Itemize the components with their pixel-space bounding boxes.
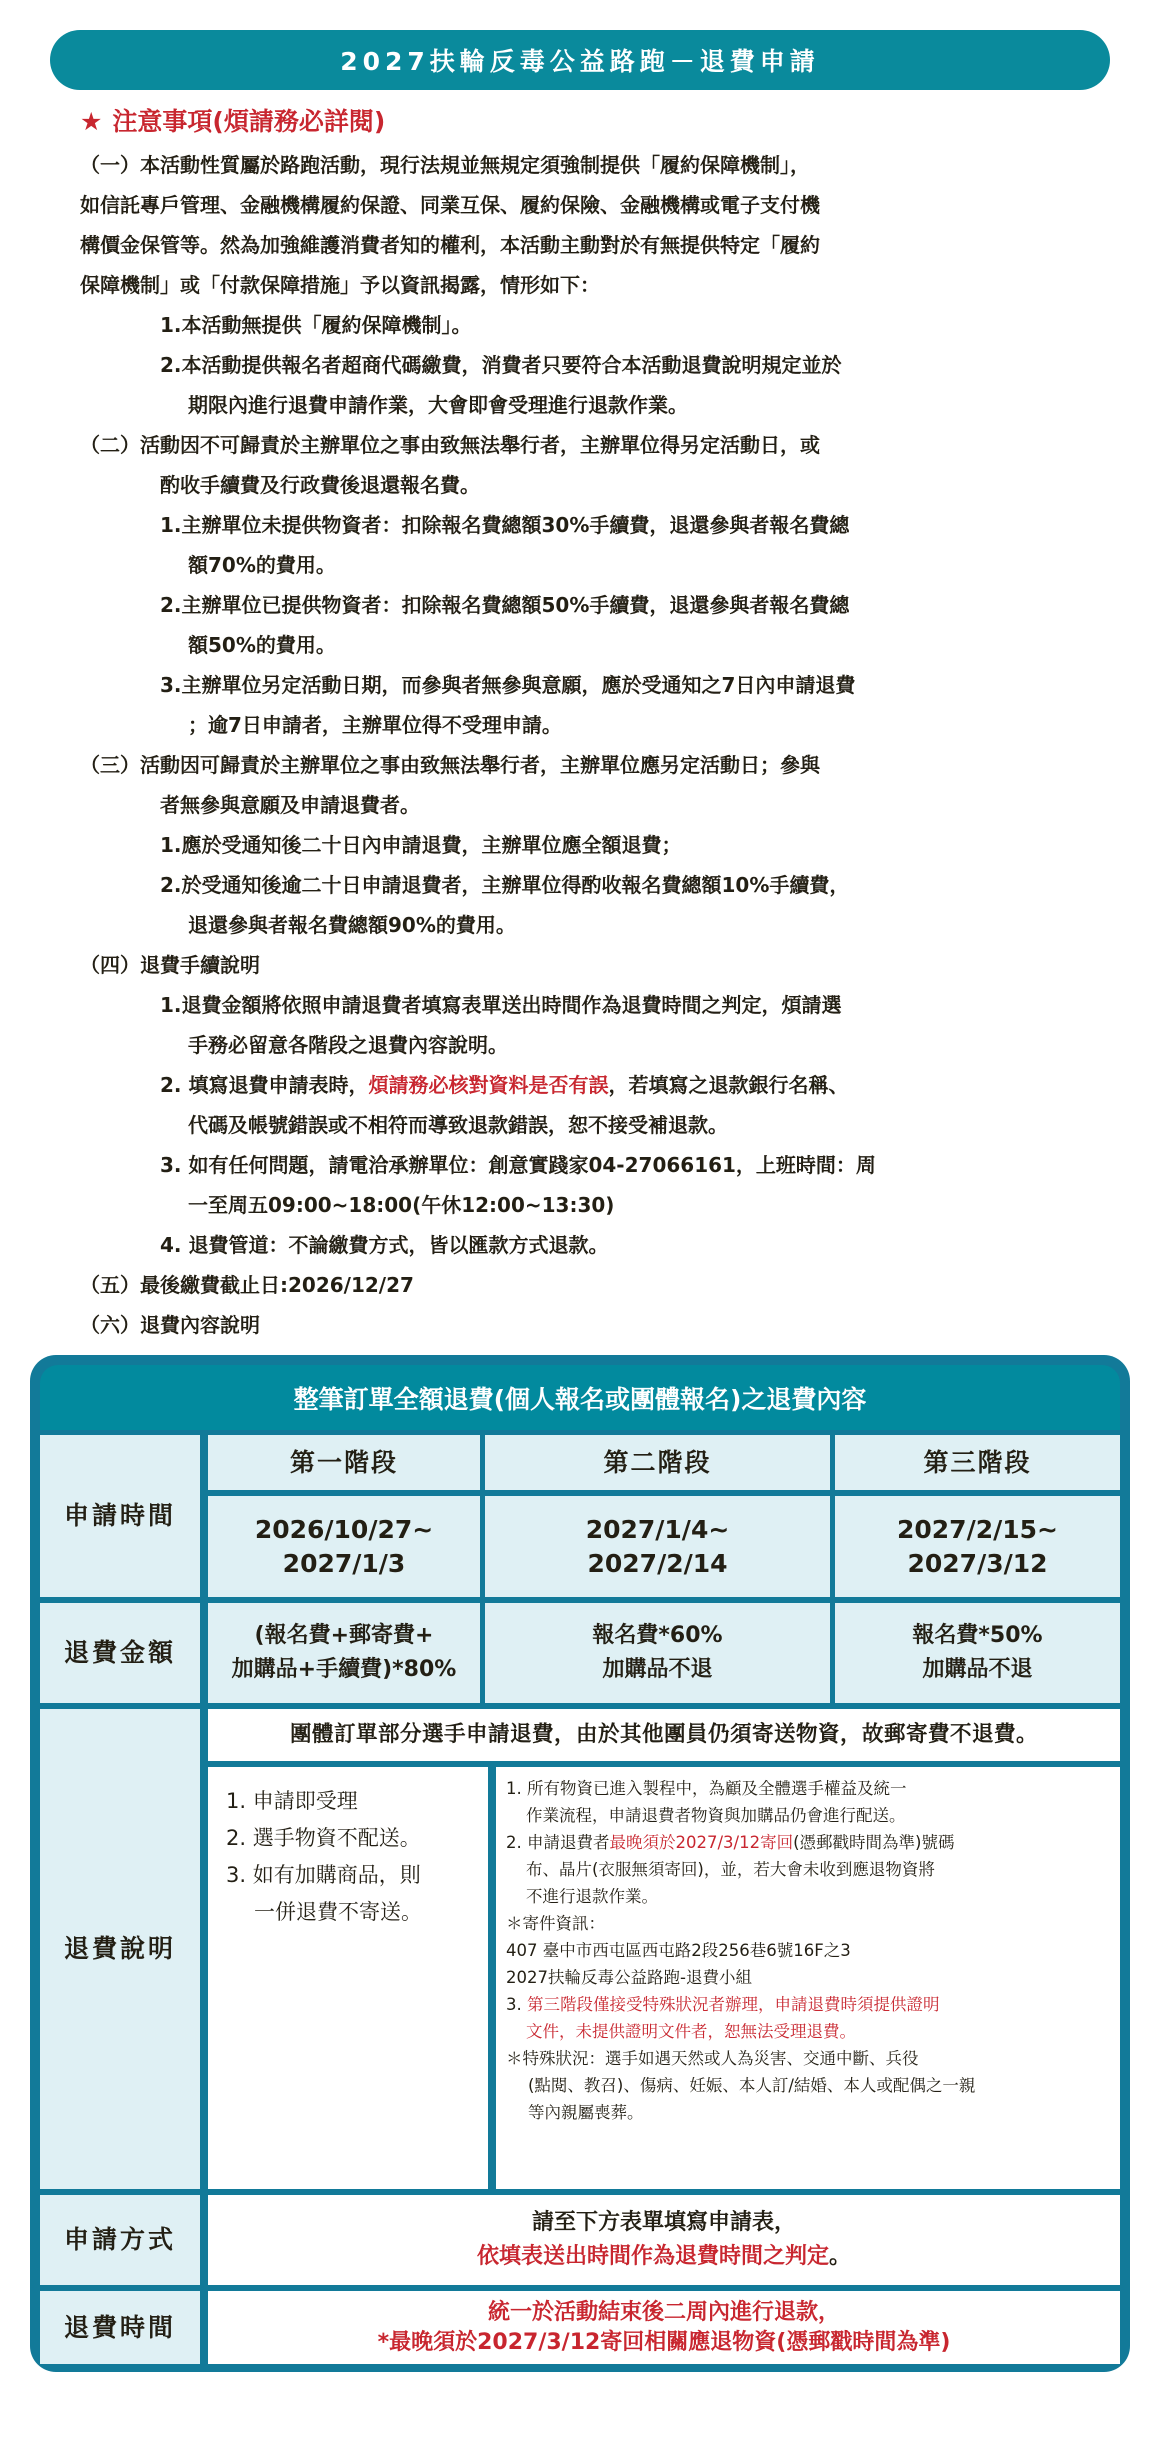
notice-line: （四）退費手續說明 (80, 945, 1090, 985)
period-start: 2027/1/4~ (586, 1513, 730, 1547)
notice-line: 一至周五09:00~18:00(午休12:00~13:30) (80, 1185, 1090, 1225)
period-start: 2026/10/27~ (255, 1513, 433, 1547)
notice-line: （五）最後繳費截止日:2026/12/27 (80, 1265, 1090, 1305)
stage-3-amount: 報名費*50% 加購品不退 (835, 1603, 1120, 1703)
notice-line: 者無參與意願及申請退費者。 (80, 785, 1090, 825)
stage-header-2: 第二階段 (485, 1435, 830, 1490)
desc-line: (點閱、教召)、傷病、妊娠、本人訂/結婚、本人或配偶之一親 (506, 2072, 1120, 2099)
desc-item: 3. 如有加購商品，則 (226, 1857, 488, 1894)
desc-line: 作業流程，申請退費者物資與加購品仍會進行配送。 (506, 1802, 1120, 1829)
desc-line: 等內親屬喪葬。 (506, 2099, 1120, 2126)
special-conditions: ＊特殊狀況：選手如遇天然或人為災害、交通中斷、兵役 (506, 2045, 1120, 2072)
period-end: 2027/1/3 (283, 1547, 406, 1581)
notice-line: 如信託專戶管理、金融機構履約保證、同業互保、履約保險、金融機構或電子支付機 (80, 185, 1090, 225)
notice-body: （一）本活動性質屬於路跑活動，現行法規並無規定須強制提供「履約保障機制」， 如信… (80, 145, 1090, 1345)
desc-item: 1. 申請即受理 (226, 1783, 488, 1820)
desc-text: 2. 申請退費者 (506, 1833, 610, 1852)
notice-line: 構價金保管等。然為加強維護消費者知的權利，本活動主動對於有無提供特定「履約 (80, 225, 1090, 265)
desc-warning-text: 最晚須於2027/3/12寄回 (610, 1833, 794, 1852)
row-label-refund-time: 退費時間 (40, 2291, 200, 2364)
notice-line: 保障機制」或「付款保障措施」予以資訊揭露，情形如下： (80, 265, 1090, 305)
notice-line: 3.主辦單位另定活動日期，而參與者無參與意願，應於受通知之7日內申請退費 (80, 665, 1090, 705)
notice-line: ；逾7日申請者，主辦單位得不受理申請。 (80, 705, 1090, 745)
shipping-address: 407 臺中市西屯區西屯路2段256巷6號16F之3 (506, 1937, 1120, 1964)
desc-line: 3. 第三階段僅接受特殊狀況者辦理，申請退費時須提供證明 (506, 1991, 1120, 2018)
stage-1-period: 2026/10/27~ 2027/1/3 (208, 1496, 480, 1597)
apply-method-warning: 依填表送出時間作為退費時間之判定 (477, 2244, 829, 2269)
notice-heading-text: 注意事項(煩請務必詳閱) (112, 107, 385, 136)
stage-1-amount: (報名費+郵寄費+ 加購品+手續費)*80% (208, 1603, 480, 1703)
apply-method-content: 請至下方表單填寫申請表， 依填表送出時間作為退費時間之判定。 (208, 2195, 1120, 2285)
notice-line: 代碼及帳號錯誤或不相符而導致退款錯誤，恕不接受補退款。 (80, 1105, 1090, 1145)
row-label-apply-method: 申請方式 (40, 2195, 200, 2285)
period-end: 2027/3/12 (907, 1547, 1047, 1581)
apply-method-line: 依填表送出時間作為退費時間之判定。 (477, 2240, 851, 2274)
notice-warning-text: 煩請務必核對資料是否有誤 (368, 1073, 608, 1097)
row-label-apply-time: 申請時間 (40, 1435, 200, 1597)
shipping-recipient: 2027扶輪反毒公益路跑-退費小組 (506, 1964, 1120, 1991)
refund-time-line: *最晚須於2027/3/12寄回相關應退物資(憑郵戳時間為準) (378, 2328, 951, 2358)
refund-table: 整筆訂單全額退費(個人報名或團體報名)之退費內容 申請時間 第一階段 第二階段 … (30, 1355, 1130, 2372)
star-icon: ★ (80, 107, 102, 136)
notice-line: 2.本活動提供報名者超商代碼繳費，消費者只要符合本活動退費說明規定並於 (80, 345, 1090, 385)
amount-line: 報名費*50% (912, 1619, 1042, 1653)
notice-line: 2. 填寫退費申請表時，煩請務必核對資料是否有誤，若填寫之退款銀行名稱、 (80, 1065, 1090, 1105)
notice-line: 1.應於受通知後二十日內申請退費，主辦單位應全額退費； (80, 825, 1090, 865)
stage-2-period: 2027/1/4~ 2027/2/14 (485, 1496, 830, 1597)
notice-line: （六）退費內容說明 (80, 1305, 1090, 1345)
period-end: 2027/2/14 (587, 1547, 727, 1581)
notice-text: ，若填寫之退款銀行名稱、 (608, 1073, 848, 1097)
desc-line: 不進行退款作業。 (506, 1883, 1120, 1910)
desc-text: (憑郵戳時間為準)號碼 (793, 1833, 954, 1852)
notice-line: 2.於受通知後逾二十日申請退費者，主辦單位得酌收報名費總額10%手續費， (80, 865, 1090, 905)
amount-line: (報名費+郵寄費+ (255, 1619, 434, 1653)
stage-2-3-desc: 1. 所有物資已進入製程中，為顧及全體選手權益及統一 作業流程，申請退費者物資與… (496, 1767, 1120, 2189)
stage-header-1: 第一階段 (208, 1435, 480, 1490)
notice-heading: ★注意事項(煩請務必詳閱) (80, 102, 385, 138)
amount-line: 加購品不退 (922, 1653, 1032, 1687)
page-banner: 2027扶輪反毒公益路跑－退費申請 (50, 30, 1110, 90)
notice-line: （三）活動因可歸責於主辦單位之事由致無法舉行者，主辦單位應另定活動日；參與 (80, 745, 1090, 785)
group-order-note: 團體訂單部分選手申請退費，由於其他團員仍須寄送物資，故郵寄費不退費。 (208, 1709, 1120, 1761)
row-label-refund-amount: 退費金額 (40, 1603, 200, 1703)
refund-time-line: 統一於活動結束後二周內進行退款， (488, 2298, 840, 2328)
notice-text: 2. 填寫退費申請表時， (160, 1073, 368, 1097)
notice-line: 1.本活動無提供「履約保障機制」。 (80, 305, 1090, 345)
desc-line: 2. 申請退費者最晚須於2027/3/12寄回(憑郵戳時間為準)號碼 (506, 1829, 1120, 1856)
stage-2-amount: 報名費*60% 加購品不退 (485, 1603, 830, 1703)
stage-3-period: 2027/2/15~ 2027/3/12 (835, 1496, 1120, 1597)
notice-line: （二）活動因不可歸責於主辦單位之事由致無法舉行者，主辦單位得另定活動日，或 (80, 425, 1090, 465)
notice-line: 3. 如有任何問題，請電洽承辦單位：創意實踐家04-27066161，上班時間：… (80, 1145, 1090, 1185)
desc-text: 3. (506, 1995, 527, 2014)
amount-line: 報名費*60% (592, 1619, 722, 1653)
notice-line: 1.退費金額將依照申請退費者填寫表單送出時間作為退費時間之判定，煩請選 (80, 985, 1090, 1025)
amount-line: 加購品+手續費)*80% (232, 1653, 457, 1687)
desc-warning-text: 第三階段僅接受特殊狀況者辦理，申請退費時須提供證明 (527, 1995, 940, 2014)
amount-line: 加購品不退 (602, 1653, 712, 1687)
refund-time-content: 統一於活動結束後二周內進行退款， *最晚須於2027/3/12寄回相關應退物資(… (208, 2291, 1120, 2364)
page-title: 2027扶輪反毒公益路跑－退費申請 (340, 42, 820, 78)
desc-item: 一併退費不寄送。 (226, 1894, 488, 1931)
notice-line: 4. 退費管道：不論繳費方式，皆以匯款方式退款。 (80, 1225, 1090, 1265)
desc-item: 2. 選手物資不配送。 (226, 1820, 488, 1857)
shipping-info-label: ＊寄件資訊： (506, 1910, 1120, 1937)
stage-1-desc: 1. 申請即受理 2. 選手物資不配送。 3. 如有加購商品，則 一併退費不寄送… (208, 1767, 488, 2189)
apply-method-text: 。 (829, 2244, 851, 2269)
desc-warning-text: 文件，未提供證明文件者，恕無法受理退費。 (506, 2018, 1120, 2045)
notice-line: （一）本活動性質屬於路跑活動，現行法規並無規定須強制提供「履約保障機制」， (80, 145, 1090, 185)
notice-line: 期限內進行退費申請作業，大會即會受理進行退款作業。 (80, 385, 1090, 425)
apply-method-line: 請至下方表單填寫申請表， (532, 2206, 796, 2240)
notice-line: 2.主辦單位已提供物資者：扣除報名費總額50%手續費，退還參與者報名費總 (80, 585, 1090, 625)
notice-line: 1.主辦單位未提供物資者：扣除報名費總額30%手續費，退還參與者報名費總 (80, 505, 1090, 545)
period-start: 2027/2/15~ (897, 1513, 1058, 1547)
desc-line: 1. 所有物資已進入製程中，為顧及全體選手權益及統一 (506, 1775, 1120, 1802)
desc-line: 布、晶片(衣服無須寄回)，並，若大會未收到應退物資將 (506, 1856, 1120, 1883)
notice-line: 額50%的費用。 (80, 625, 1090, 665)
row-label-refund-desc: 退費說明 (40, 1709, 200, 2189)
notice-line: 酌收手續費及行政費後退還報名費。 (80, 465, 1090, 505)
table-title: 整筆訂單全額退費(個人報名或團體報名)之退費內容 (40, 1365, 1120, 1430)
stage-header-3: 第三階段 (835, 1435, 1120, 1490)
notice-line: 退還參與者報名費總額90%的費用。 (80, 905, 1090, 945)
notice-line: 額70%的費用。 (80, 545, 1090, 585)
notice-line: 手務必留意各階段之退費內容說明。 (80, 1025, 1090, 1065)
